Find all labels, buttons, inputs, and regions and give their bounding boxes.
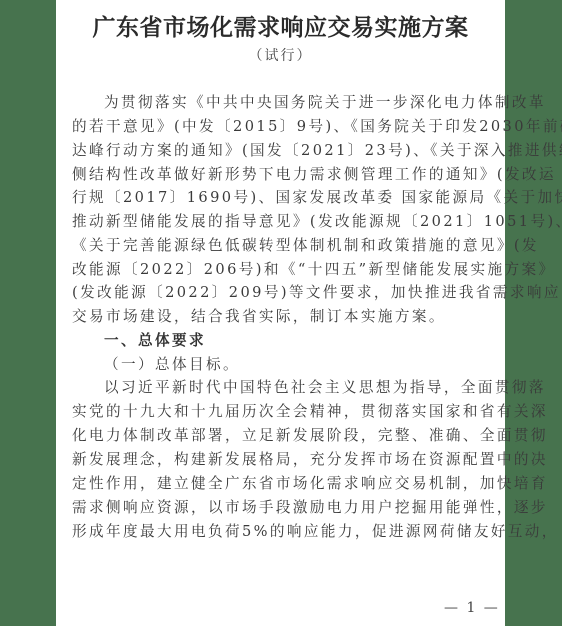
page-number: — 1 — bbox=[444, 600, 500, 616]
section-heading: 一、总体要求 bbox=[104, 331, 492, 351]
paragraph-line: 交易市场建设，结合我省实际，制订本实施方案。 bbox=[72, 307, 492, 327]
document-title: 广东省市场化需求响应交易实施方案 bbox=[56, 9, 505, 42]
subsection-heading: （一）总体目标。 bbox=[104, 355, 492, 375]
paragraph-line: 侧结构性改革做好新形势下电力需求侧管理工作的通知》(发改运 bbox=[72, 165, 492, 185]
paragraph-line: 以习近平新时代中国特色社会主义思想为指导，全面贯彻落 bbox=[104, 378, 492, 398]
document-subtitle: （试行） bbox=[56, 45, 505, 65]
paragraph-line: (发改能源〔2022〕209号)等文件要求，加快推进我省需求响应 bbox=[72, 283, 492, 303]
paragraph-line: 为贯彻落实《中共中央国务院关于进一步深化电力体制改革 bbox=[104, 93, 492, 113]
paragraph-line: 的若干意见》(中发〔2015〕9号)、《国务院关于印发2030年前碳 bbox=[72, 117, 492, 137]
paragraph-line: 推动新型储能发展的指导意见》(发改能源规〔2021〕1051号)、 bbox=[72, 212, 492, 232]
paragraph-line: 新发展理念，构建新发展格局，充分发挥市场在资源配置中的决 bbox=[72, 450, 492, 470]
paragraph-line: 实党的十九大和十九届历次全会精神，贯彻落实国家和省有关深 bbox=[72, 402, 492, 422]
paragraph-line: 行规〔2017〕1690号)、国家发展改革委 国家能源局《关于加快 bbox=[72, 188, 492, 208]
paragraph-line: 改能源〔2022〕206号)和《“十四五”新型储能发展实施方案》 bbox=[72, 260, 492, 280]
paragraph-line: 《关于完善能源绿色低碳转型体制机制和政策措施的意见》(发 bbox=[72, 236, 492, 256]
paragraph-line: 形成年度最大用电负荷5%的响应能力，促进源网荷储友好互动， bbox=[72, 522, 492, 542]
paragraph-line: 化电力体制改革部署，立足新发展阶段，完整、准确、全面贯彻 bbox=[72, 426, 492, 446]
paragraph-line: 达峰行动方案的通知》(国发〔2021〕23号)、《关于深入推进供给 bbox=[72, 141, 492, 161]
paragraph-line: 定性作用，建立健全广东省市场化需求响应交易机制，加快培育 bbox=[72, 474, 492, 494]
paragraph-line: 需求侧响应资源，以市场手段激励电力用户挖掘用能弹性，逐步 bbox=[72, 498, 492, 518]
document-page: 广东省市场化需求响应交易实施方案 （试行） 为贯彻落实《中共中央国务院关于进一步… bbox=[56, 0, 505, 626]
